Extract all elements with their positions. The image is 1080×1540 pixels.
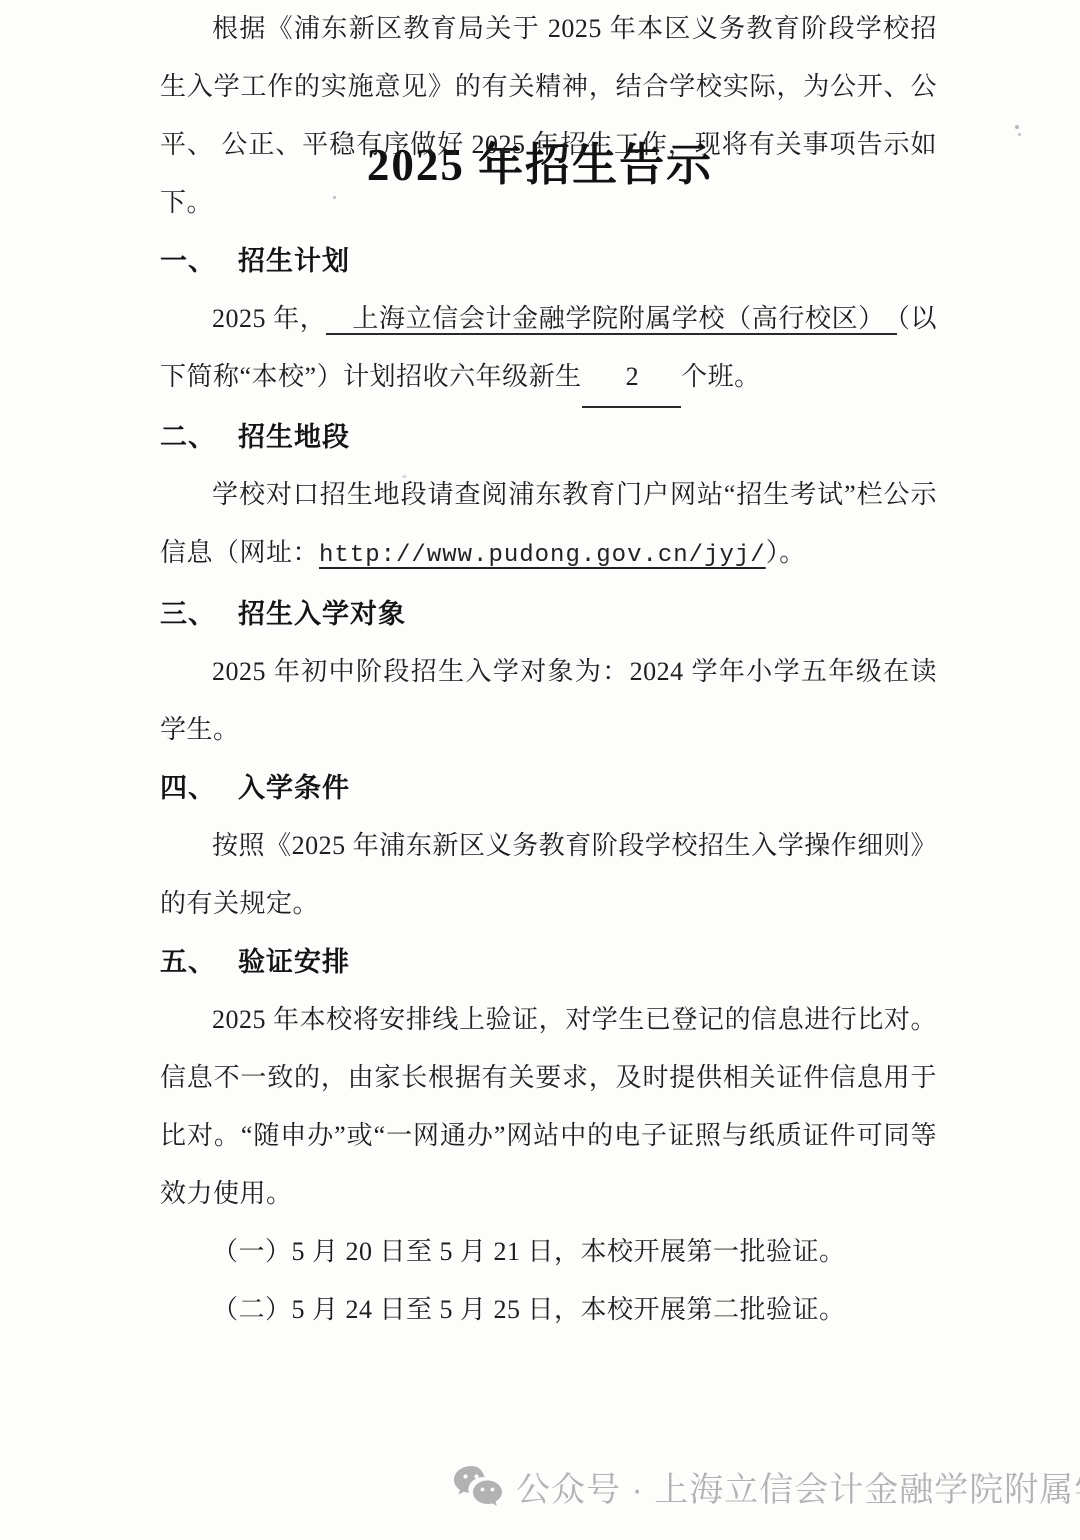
verification-paragraph: 2025 年本校将安排线上验证，对学生已登记的信息进行比对。信息不一致的，由家长…	[160, 991, 937, 1223]
after-url-text: ）。	[766, 538, 806, 567]
section-heading-3: 三、招生入学对象	[160, 585, 937, 643]
section-title: 招生地段	[238, 422, 350, 452]
plan-prefix: 2025 年，	[212, 304, 326, 333]
section-number: 一、	[160, 232, 216, 290]
district-paragraph: 学校对口招生地段请查阅浦东教育门户网站“招生考试”栏公示信息（网址：http:/…	[160, 466, 937, 585]
section-title: 招生入学对象	[238, 599, 406, 629]
section-heading-2: 二、招生地段	[160, 408, 937, 466]
section-title: 入学条件	[238, 773, 350, 803]
section-heading-1: 一、招生计划	[160, 232, 937, 290]
intro-paragraph: 根据《浦东新区教育局关于 2025 年本区义务教育阶段学校招生入学工作的实施意见…	[160, 0, 937, 232]
target-students-paragraph: 2025 年初中阶段招生入学对象为：2024 学年小学五年级在读学生。	[160, 643, 937, 759]
section-number: 五、	[160, 933, 216, 991]
verification-item-2: （二）5 月 24 日至 5 月 25 日，本校开展第二批验证。	[160, 1281, 937, 1339]
verification-item-1: （一）5 月 20 日至 5 月 21 日，本校开展第一批验证。	[160, 1223, 937, 1281]
section-title: 招生计划	[238, 246, 350, 276]
section-number: 四、	[160, 759, 216, 817]
scan-speck	[333, 196, 336, 199]
wechat-icon	[452, 1464, 504, 1510]
section-number: 二、	[160, 408, 216, 466]
section-title: 验证安排	[238, 947, 350, 977]
class-count-underlined: 2	[582, 348, 682, 408]
admission-conditions-paragraph: 按照《2025 年浦东新区义务教育阶段学校招生入学操作细则》的有关规定。	[160, 817, 937, 933]
scan-speck	[402, 475, 407, 478]
wechat-account-label: 公众号 · 上海立信会计金融学院附属学校	[516, 1462, 1080, 1511]
section-number: 三、	[160, 585, 216, 643]
enrollment-plan-paragraph: 2025 年，上海立信会计金融学院附属学校（高行校区）（以下简称“本校”）计划招…	[160, 290, 937, 408]
school-name-underlined: 上海立信会计金融学院附属学校（高行校区）	[326, 304, 896, 335]
plan-suffix: 个班。	[681, 362, 761, 391]
scan-speck	[1018, 133, 1021, 136]
wechat-footer: 公众号 · 上海立信会计金融学院附属学校	[452, 1462, 1080, 1511]
section-heading-5: 五、验证安排	[160, 933, 937, 991]
document-page: 2025 年招生告示 根据《浦东新区教育局关于 2025 年本区义务教育阶段学校…	[0, 0, 1080, 1540]
scan-speck	[1015, 125, 1019, 129]
document-body: 根据《浦东新区教育局关于 2025 年本区义务教育阶段学校招生入学工作的实施意见…	[160, 0, 937, 1339]
section-heading-4: 四、入学条件	[160, 759, 937, 817]
pudong-gov-link[interactable]: http://www.pudong.gov.cn/jyj/	[319, 542, 766, 569]
